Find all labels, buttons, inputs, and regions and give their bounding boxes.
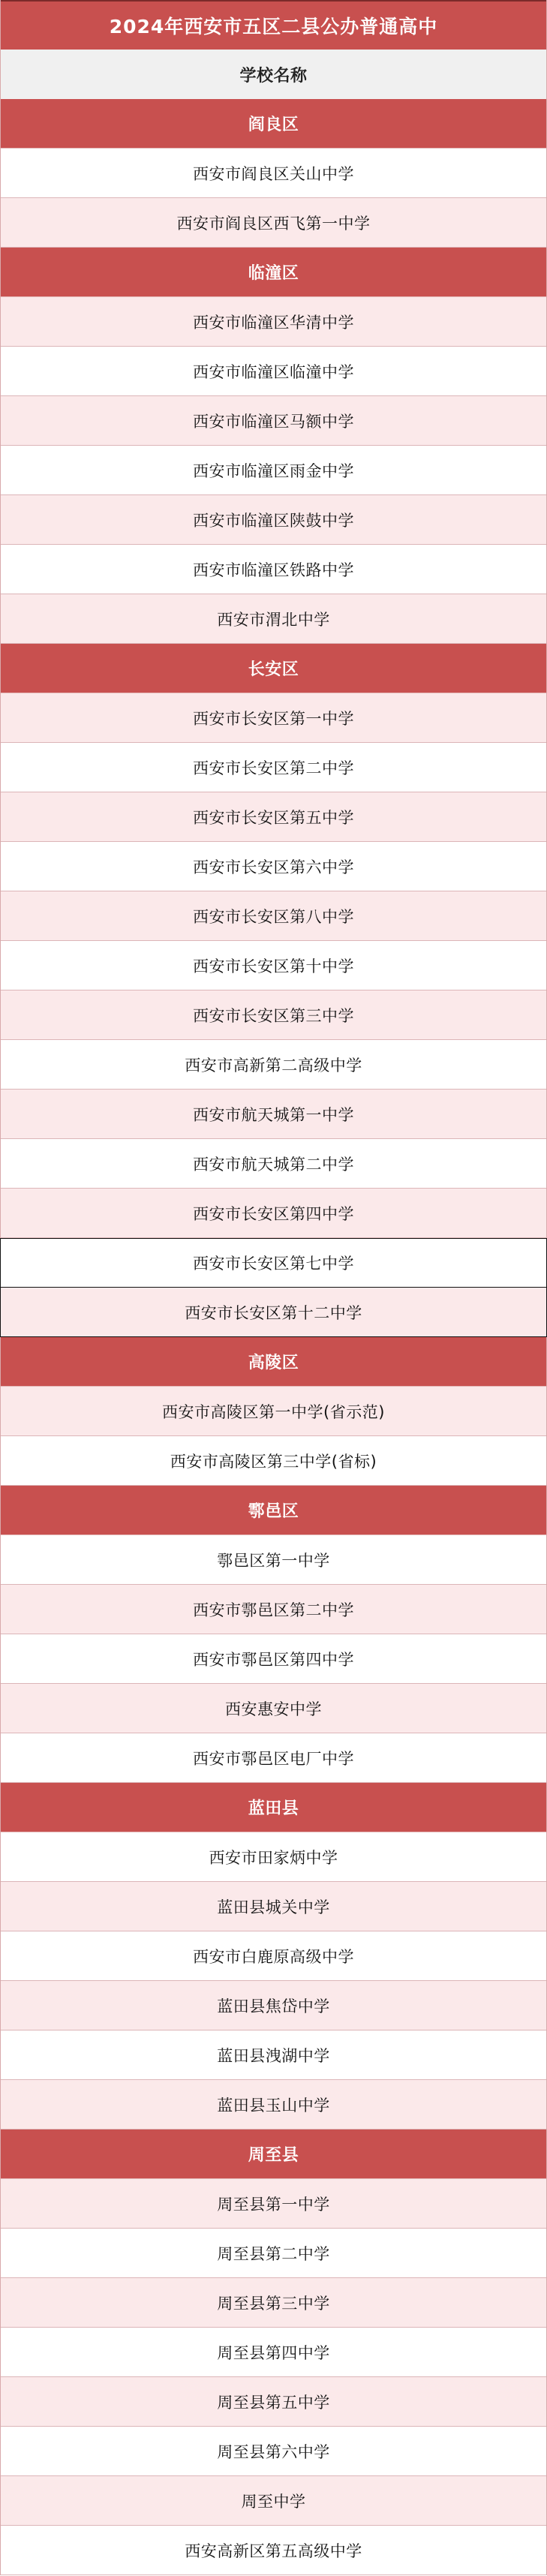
table-row: 蓝田县洩湖中学 (1, 2030, 546, 2080)
table-row: 西安市阎良区关山中学 (1, 149, 546, 198)
table-row: 西安市渭北中学 (1, 594, 546, 644)
table-row: 周至县第三中学 (1, 2278, 546, 2328)
table-row: 西安市临潼区华清中学 (1, 297, 546, 347)
section-header: 周至县 (1, 2130, 546, 2179)
table-row: 蓝田县城关中学 (1, 1882, 546, 1931)
table-row: 西安市田家炳中学 (1, 1832, 546, 1882)
section-header: 临潼区 (1, 248, 546, 297)
section-header: 鄠邑区 (1, 1486, 546, 1535)
table-row: 西安市临潼区雨金中学 (1, 446, 546, 495)
table-row: 西安市临潼区马额中学 (1, 396, 546, 446)
table-row: 鄠邑区第一中学 (1, 1535, 546, 1585)
table-row: 西安市长安区第十二中学 (0, 1288, 547, 1337)
table-row: 西安高新区第五高级中学 (1, 2526, 546, 2575)
table-row: 蓝田县玉山中学 (1, 2080, 546, 2130)
table-row: 蓝田县焦岱中学 (1, 1981, 546, 2030)
table-row: 西安市高陵区第一中学(省示范) (1, 1387, 546, 1436)
column-header-school-name: 学校名称 (1, 50, 546, 99)
table-row: 西安市临潼区铁路中学 (1, 545, 546, 594)
table-title: 2024年西安市五区二县公办普通高中 (1, 0, 546, 50)
table-row: 西安市鄠邑区第四中学 (1, 1634, 546, 1684)
table-row: 周至县第四中学 (1, 2328, 546, 2377)
school-table: 2024年西安市五区二县公办普通高中 学校名称 阎良区西安市阎良区关山中学西安市… (0, 0, 547, 2575)
table-row: 西安市长安区第二中学 (1, 743, 546, 792)
table-row: 西安市长安区第四中学 (1, 1189, 546, 1238)
table-row: 西安市鄠邑区电厂中学 (1, 1733, 546, 1783)
table-row: 西安市长安区第八中学 (1, 891, 546, 941)
table-row: 周至县第六中学 (1, 2427, 546, 2476)
table-row: 西安市高陵区第三中学(省标) (1, 1436, 546, 1486)
table-row: 周至县第一中学 (1, 2179, 546, 2229)
table-row: 西安市航天城第一中学 (1, 1090, 546, 1139)
table-row: 西安市高新第二高级中学 (1, 1040, 546, 1090)
table-row: 西安市临潼区临潼中学 (1, 347, 546, 396)
table-row: 西安市长安区第五中学 (1, 792, 546, 842)
table-row: 西安市长安区第六中学 (1, 842, 546, 891)
table-row: 西安市阎良区西飞第一中学 (1, 198, 546, 248)
table-row: 西安市长安区第七中学 (0, 1238, 547, 1288)
table-row: 周至中学 (1, 2476, 546, 2526)
table-row: 西安市航天城第二中学 (1, 1139, 546, 1189)
table-row: 西安市长安区第一中学 (1, 693, 546, 743)
section-header: 阎良区 (1, 99, 546, 149)
table-body: 阎良区西安市阎良区关山中学西安市阎良区西飞第一中学临潼区西安市临潼区华清中学西安… (1, 99, 546, 2575)
table-row: 西安市长安区第三中学 (1, 990, 546, 1040)
section-header: 高陵区 (1, 1337, 546, 1387)
table-row: 周至县第五中学 (1, 2377, 546, 2427)
table-row: 西安市临潼区陕鼓中学 (1, 495, 546, 545)
table-row: 西安市白鹿原高级中学 (1, 1931, 546, 1981)
section-header: 蓝田县 (1, 1783, 546, 1832)
table-row: 周至县第二中学 (1, 2229, 546, 2278)
table-row: 西安市长安区第十中学 (1, 941, 546, 990)
section-header: 长安区 (1, 644, 546, 693)
table-row: 西安市鄠邑区第二中学 (1, 1585, 546, 1634)
table-row: 西安惠安中学 (1, 1684, 546, 1733)
